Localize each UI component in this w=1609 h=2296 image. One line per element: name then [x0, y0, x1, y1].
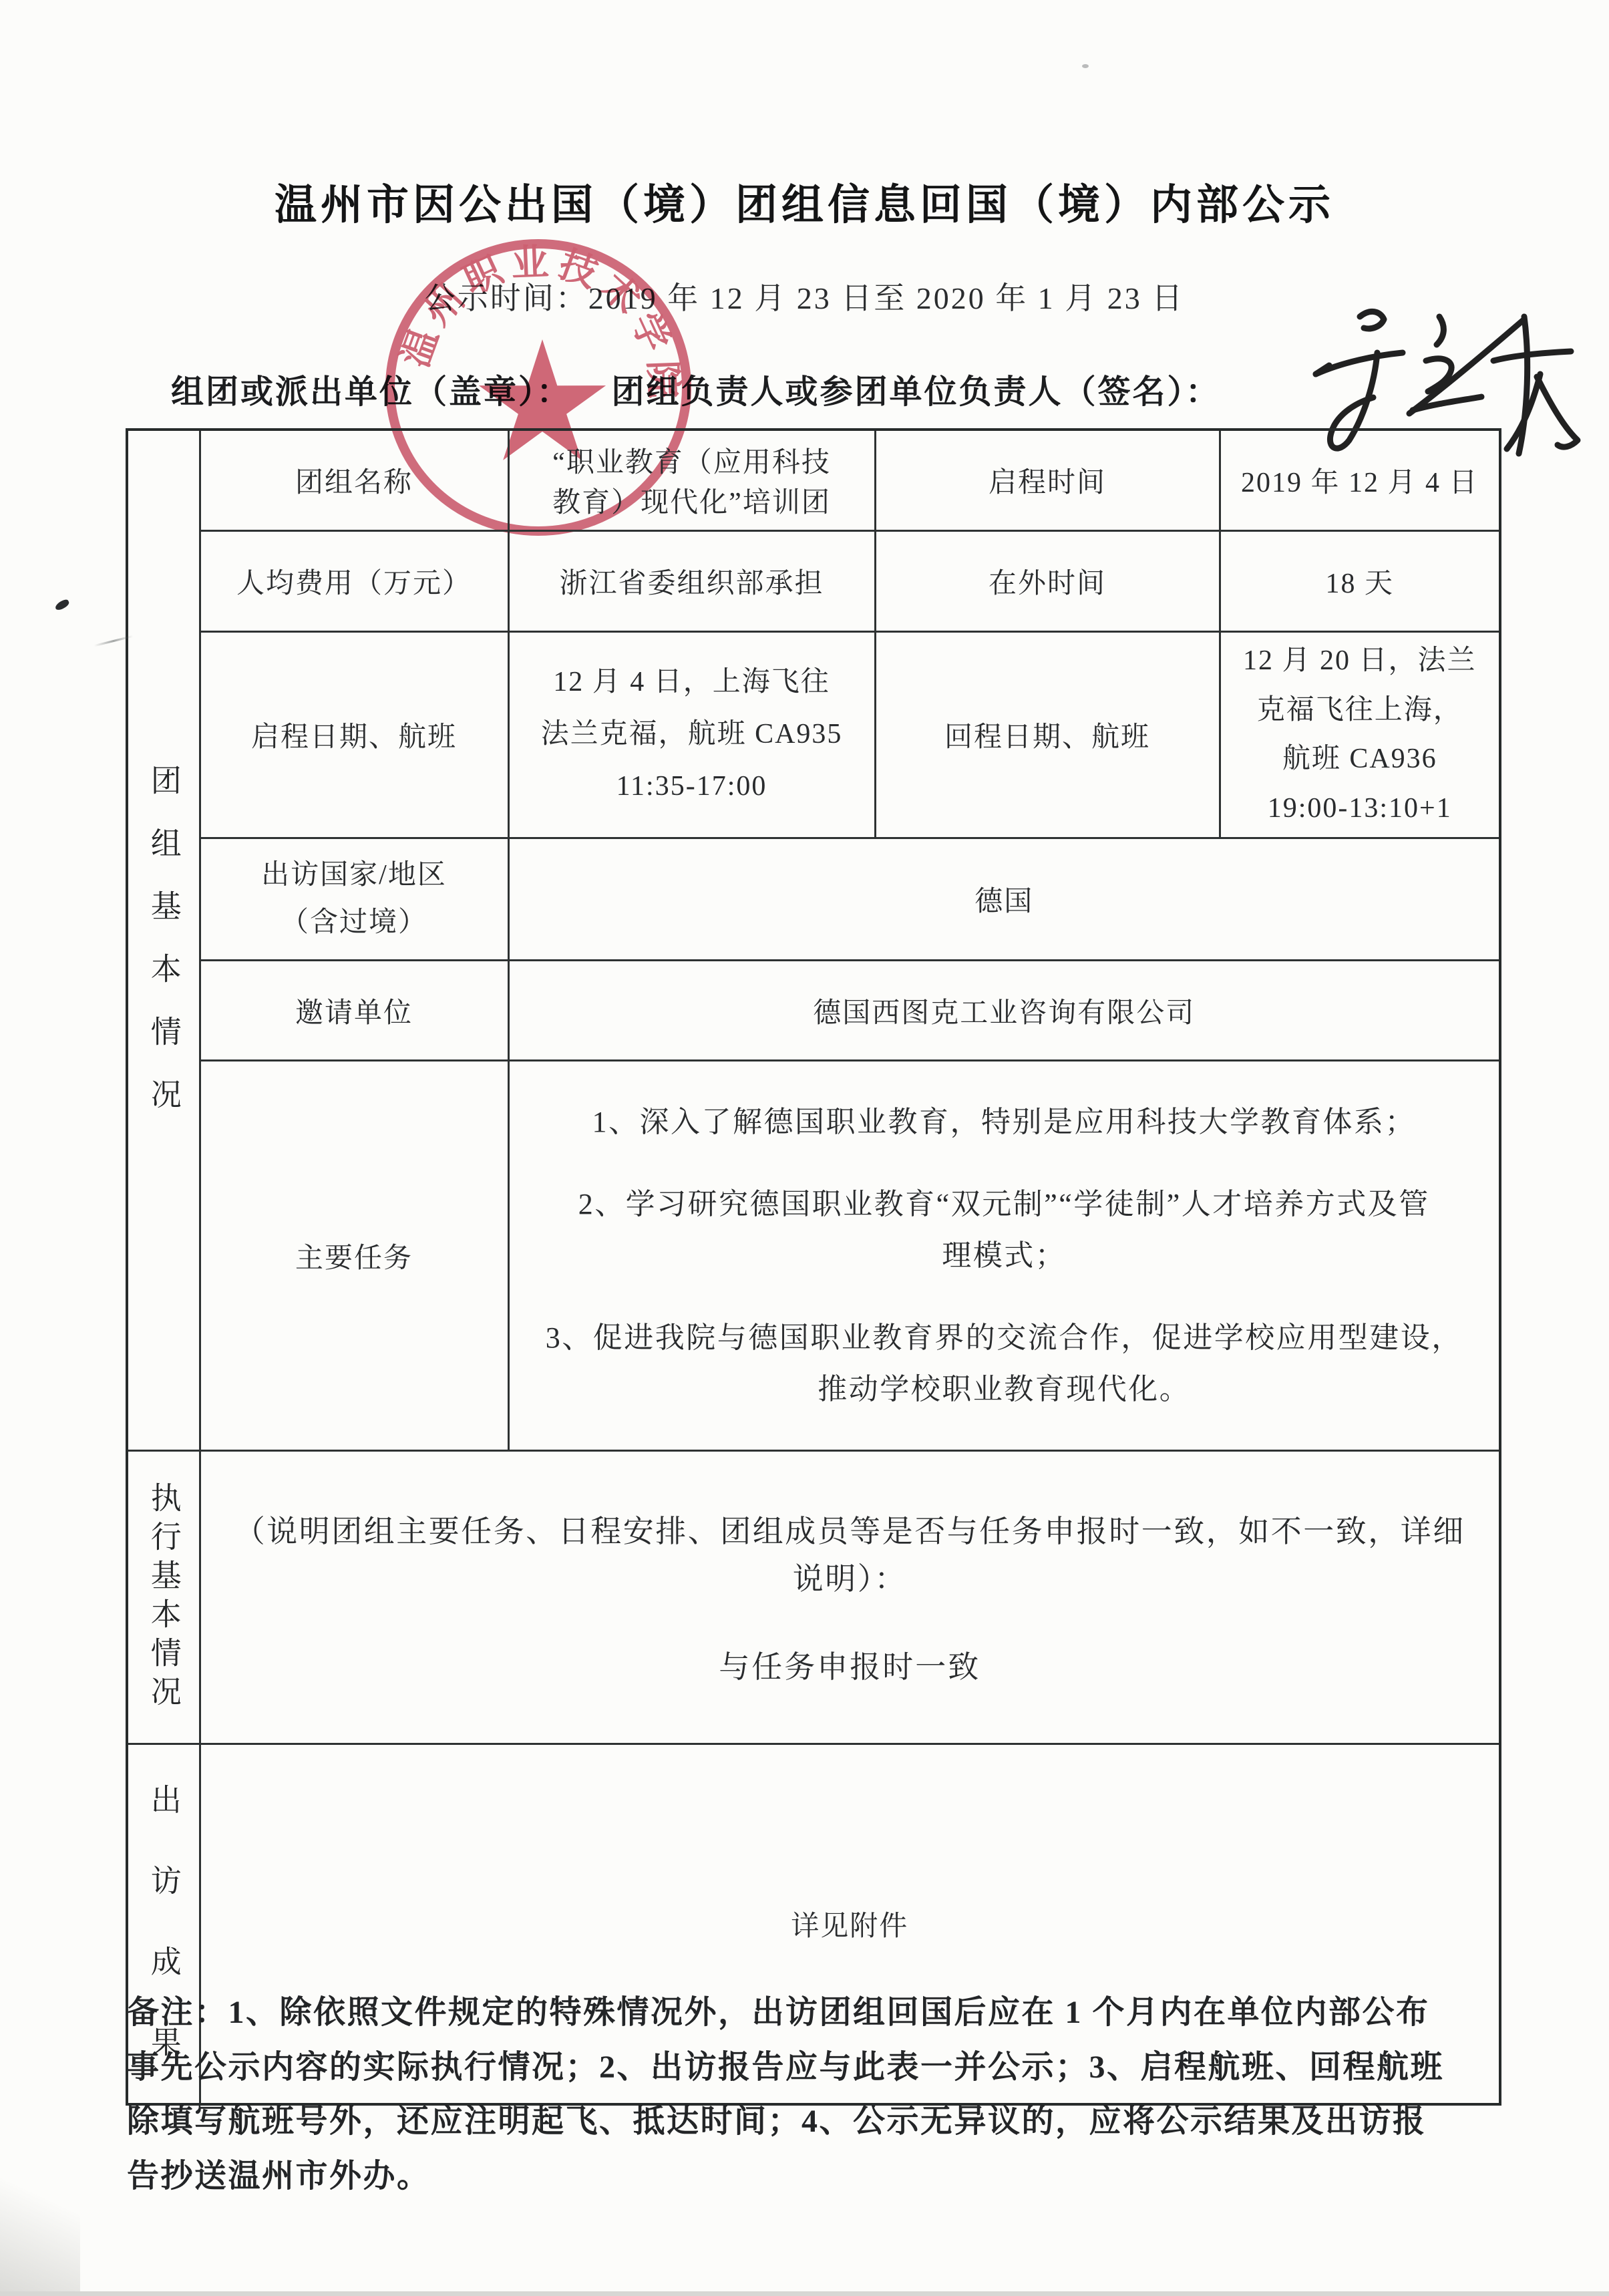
table-row: 人均费用（万元） 浙江省委组织部承担 在外时间 18 天: [127, 531, 1500, 632]
countries-value: 德国: [508, 838, 1500, 961]
task-item-3: 3、促进我院与德国职业教育界的交流合作，促进学校应用型建设， 推动学校职业教育现…: [519, 1312, 1490, 1415]
table-row: 主要任务 1、深入了解德国职业教育，特别是应用科技大学教育体系； 2、学习研究德…: [127, 1061, 1500, 1451]
execution-note: （说明团组主要任务、日程安排、团组成员等是否与任务申报时一致，如不一致，详细 说…: [210, 1508, 1490, 1603]
section-execution-label: 执行基本情况: [142, 1482, 186, 1714]
cost-value: 浙江省委组织部承担: [508, 531, 875, 632]
publicity-period: 公示时间：2019 年 12 月 23 日至 2020 年 1 月 23 日: [0, 274, 1609, 318]
countries-label: 出访国家/地区 （含过境）: [200, 838, 508, 961]
main-tasks-value: 1、深入了解德国职业教育，特别是应用科技大学教育体系； 2、学习研究德国职业教育…: [508, 1061, 1500, 1451]
duration-label: 在外时间: [875, 531, 1220, 632]
table-row: 执行基本情况 （说明团组主要任务、日程安排、团组成员等是否与任务申报时一致，如不…: [127, 1451, 1500, 1744]
section-basic-info: 团组基本情况: [127, 430, 200, 1451]
inviting-unit-value: 德国西图克工业咨询有限公司: [508, 961, 1500, 1061]
scan-speck: [54, 598, 71, 611]
scan-speck: [1082, 64, 1089, 68]
table-row: 出访国家/地区 （含过境） 德国: [127, 838, 1500, 961]
stamp-field-label: 组团或派出单位（盖章）：: [171, 366, 572, 413]
return-flight-value: 12 月 20 日，法兰 克福飞往上海， 航班 CA936 19:00-13:1…: [1220, 632, 1500, 838]
stamp-signature-line: 组团或派出单位（盖章）： 团组负责人或参团单位负责人（签名）：: [171, 366, 1220, 413]
cost-label: 人均费用（万元）: [200, 531, 508, 632]
group-name-label: 团组名称: [200, 430, 508, 531]
task-item-2: 2、学习研究德国职业教育“双元制”“学徒制”人才培养方式及管 理模式；: [519, 1178, 1490, 1281]
table-row: 团组基本情况 团组名称 “职业教育（应用科技 教育）现代化”培训团 启程时间 2…: [127, 430, 1500, 531]
page-title: 温州市因公出国（境）团组信息回国（境）内部公示: [0, 171, 1609, 232]
scan-corner-shade: [0, 2149, 80, 2296]
departure-time-label: 启程时间: [875, 430, 1220, 531]
execution-cell: （说明团组主要任务、日程安排、团组成员等是否与任务申报时一致，如不一致，详细 说…: [200, 1451, 1500, 1744]
scanned-document-page: 温州市因公出国（境）团组信息回国（境）内部公示 公示时间：2019 年 12 月…: [0, 0, 1609, 2296]
table-row: 启程日期、航班 12 月 4 日，上海飞往 法兰克福，航班 CA935 11:3…: [127, 632, 1500, 838]
signature-field-label: 团组负责人或参团单位负责人（签名）：: [612, 366, 1221, 413]
return-flight-label: 回程日期、航班: [875, 632, 1220, 838]
section-execution: 执行基本情况: [127, 1451, 200, 1744]
footnote: 备注：1、除依照文件规定的特殊情况外，出访团组回国后应在 1 个月内在单位内部公…: [127, 1985, 1523, 2203]
table-row: 邀请单位 德国西图克工业咨询有限公司: [127, 961, 1500, 1061]
departure-flight-value: 12 月 4 日，上海飞往 法兰克福，航班 CA935 11:35-17:00: [508, 632, 875, 838]
departure-flight-label: 启程日期、航班: [200, 632, 508, 838]
scan-edge: [0, 2291, 1609, 2296]
duration-value: 18 天: [1220, 531, 1500, 632]
info-table: 团组基本情况 团组名称 “职业教育（应用科技 教育）现代化”培训团 启程时间 2…: [126, 428, 1501, 2106]
execution-value: 与任务申报时一致: [210, 1643, 1490, 1687]
task-item-1: 1、深入了解德国职业教育，特别是应用科技大学教育体系；: [519, 1096, 1490, 1148]
departure-time-value: 2019 年 12 月 4 日: [1220, 430, 1500, 531]
inviting-unit-label: 邀请单位: [200, 961, 508, 1061]
main-tasks-label: 主要任务: [200, 1061, 508, 1451]
group-name-value: “职业教育（应用科技 教育）现代化”培训团: [508, 430, 875, 531]
section-basic-info-label: 团组基本情况: [142, 764, 186, 1141]
